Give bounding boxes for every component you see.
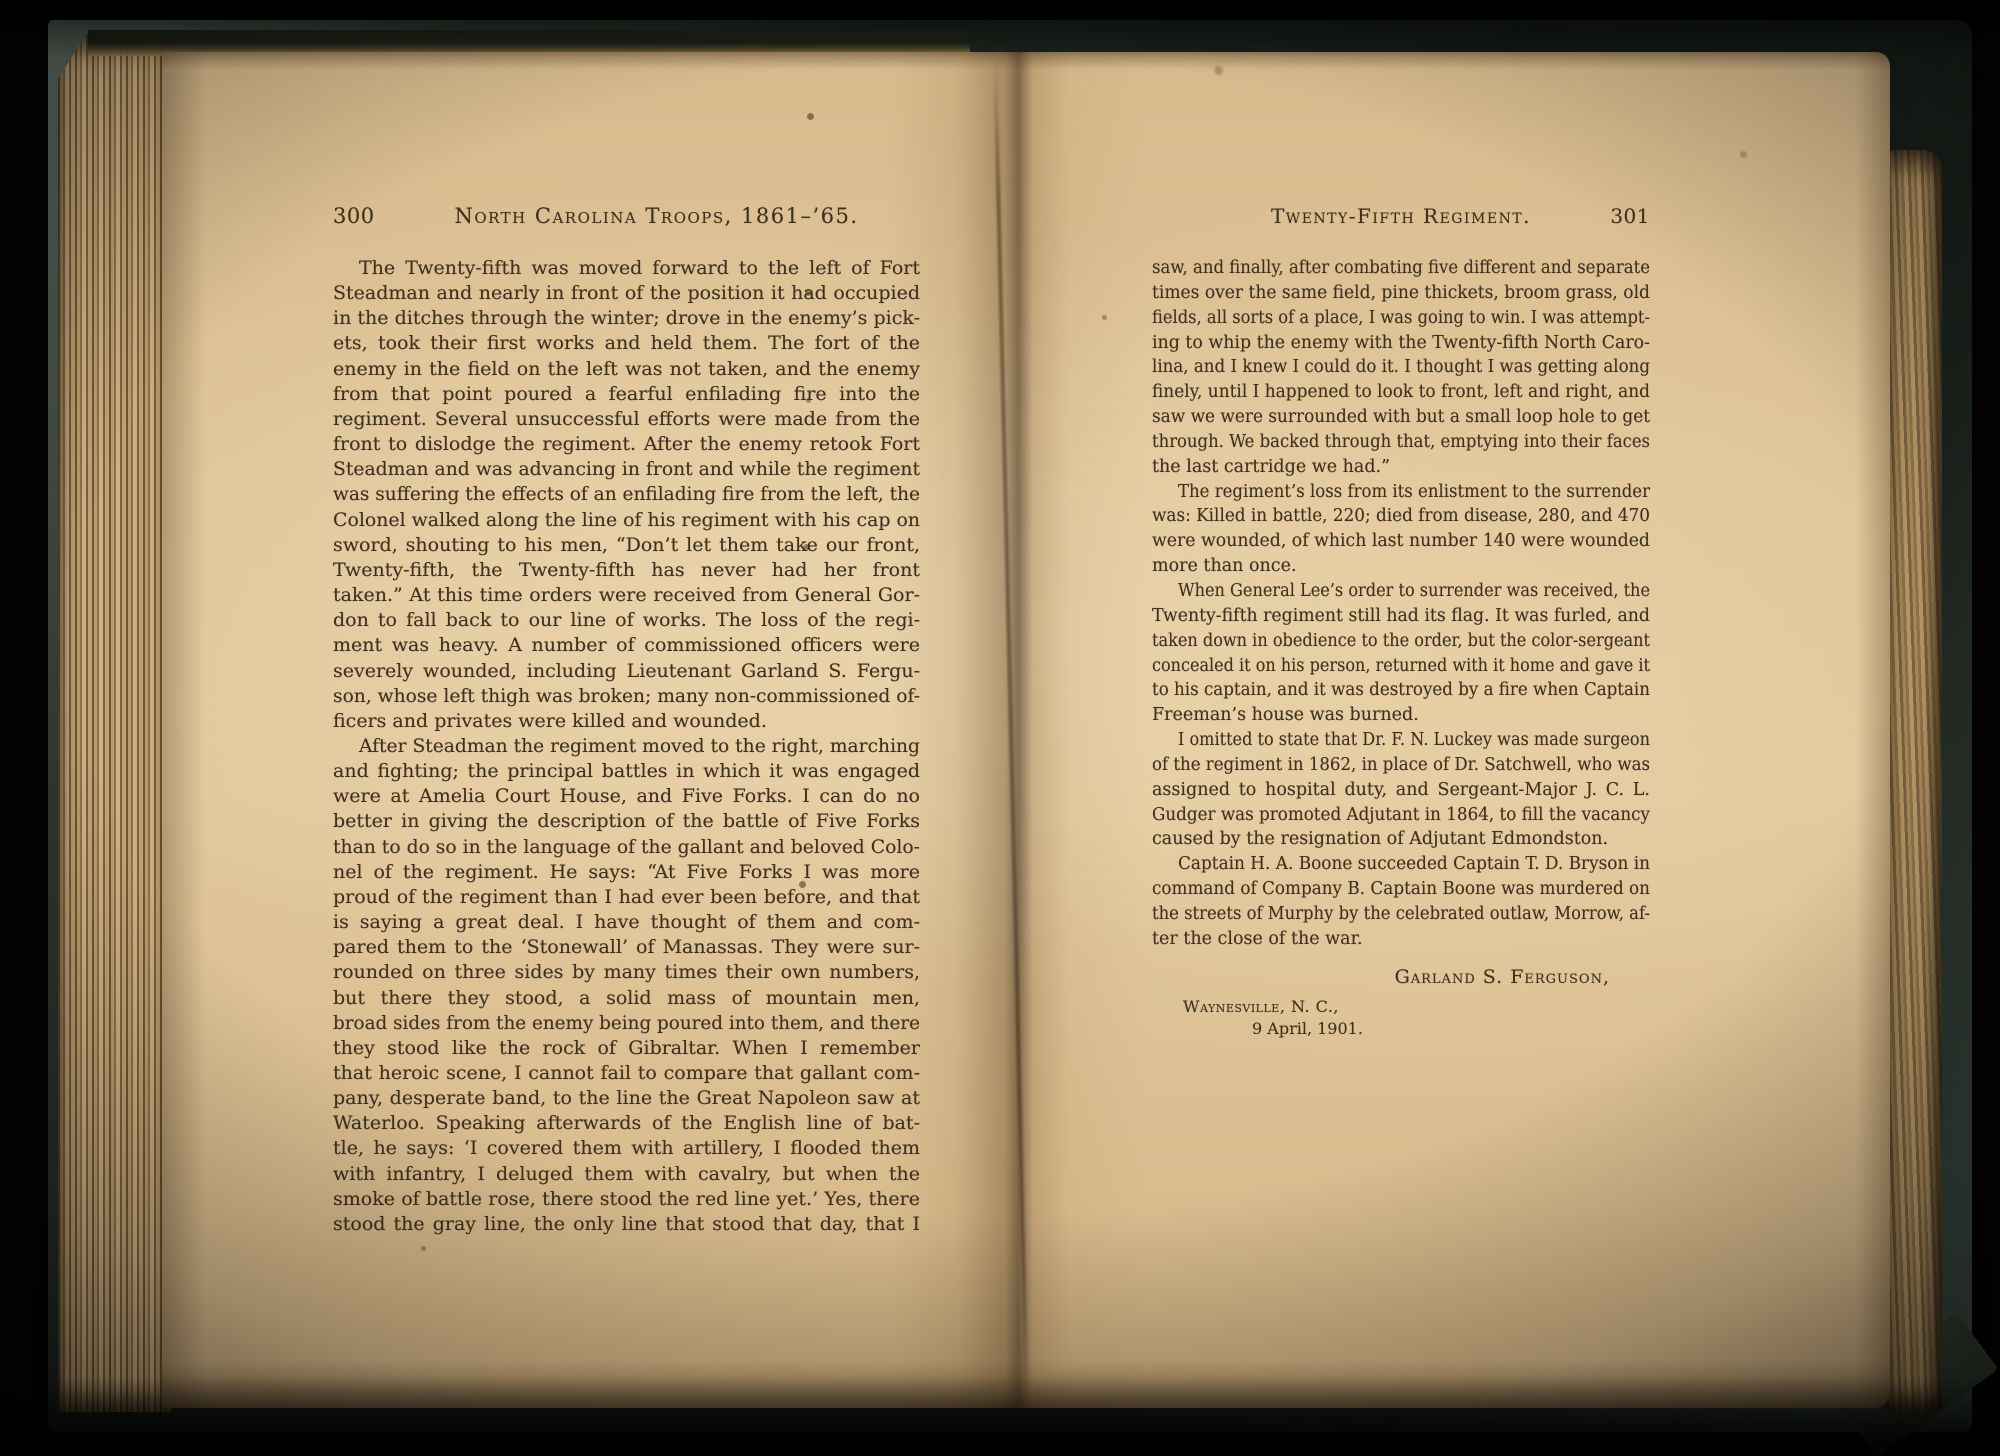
text-line: was suffering the effects of an enfiladi… [333, 482, 920, 507]
page-edges-left [58, 34, 172, 1412]
text-line: Captain H. A. Boone succeeded Captain T.… [1152, 852, 1650, 877]
text-line: broad sides from the enemy being poured … [333, 1011, 920, 1036]
text-line: to his captain, and it was destroyed by … [1152, 678, 1650, 703]
text-line: finely, until I happened to look to fron… [1152, 380, 1650, 405]
text-line: but there they stood, a solid mass of mo… [333, 986, 920, 1011]
text-line: severely wounded, including Lieutenant G… [333, 659, 920, 684]
text-line: the last cartridge we had.” [1152, 455, 1650, 480]
text-line: command of Company B. Captain Boone was … [1152, 877, 1650, 902]
text-line: sword, shouting to his men, “Don’t let t… [333, 533, 920, 558]
text-line: proud of the regiment than I had ever be… [333, 885, 920, 910]
text-line: The Twenty-fifth was moved forward to th… [333, 256, 920, 281]
left-page-body-text: The Twenty-fifth was moved forward to th… [333, 256, 920, 1237]
text-line: more than once. [1152, 554, 1650, 579]
text-line: concealed it on his person, returned wit… [1152, 654, 1650, 679]
text-line: tle, he says: ‘I covered them with artil… [333, 1136, 920, 1161]
text-line: taken down in obedience to the order, bu… [1152, 629, 1650, 654]
text-line: Twenty-fifth regiment still had its flag… [1152, 604, 1650, 629]
page-left: 300 North Carolina Troops, 1861–’65. The… [333, 204, 920, 1237]
text-line: regiment. Several unsuccessful efforts w… [333, 407, 920, 432]
left-running-header: 300 North Carolina Troops, 1861–’65. [333, 204, 920, 228]
text-line: smoke of battle rose, there stood the re… [333, 1187, 920, 1212]
text-line: in the ditches through the winter; drove… [333, 306, 920, 331]
text-line: ficers and privates were killed and woun… [333, 709, 920, 734]
left-page-number: 300 [333, 204, 393, 228]
right-page-body-text: saw, and finally, after combating five d… [1152, 256, 1650, 952]
text-line: of the regiment in 1862, in place of Dr.… [1152, 753, 1650, 778]
text-line: through. We backed through that, emptyin… [1152, 430, 1650, 455]
text-line: stood the gray line, the only line that … [333, 1212, 920, 1237]
text-line: When General Lee’s order to surrender wa… [1152, 579, 1650, 604]
text-line: times over the same field, pine thickets… [1152, 281, 1650, 306]
text-line: was: Killed in battle, 220; died from di… [1152, 504, 1650, 529]
text-line: they stood like the rock of Gibraltar. W… [333, 1036, 920, 1061]
text-line: son, whose left thigh was broken; many n… [333, 684, 920, 709]
text-line: lina, and I knew I could do it. I though… [1152, 355, 1650, 380]
text-line: were at Amelia Court House, and Five For… [333, 784, 920, 809]
text-line: saw, and finally, after combating five d… [1152, 256, 1650, 281]
text-line: caused by the resignation of Adjutant Ed… [1152, 827, 1650, 852]
text-line: Steadman and nearly in front of the posi… [333, 281, 920, 306]
text-line: Steadman and was advancing in front and … [333, 457, 920, 482]
text-line: fields, all sorts of a place, I was goin… [1152, 306, 1650, 331]
text-line: ets, took their first works and held the… [333, 331, 920, 356]
text-line: the streets of Murphy by the celebrated … [1152, 902, 1650, 927]
page-edges-right [1886, 150, 1942, 1412]
text-line: front to dislodge the regiment. After th… [333, 432, 920, 457]
signature-line: Garland S. Ferguson, [1152, 966, 1650, 988]
text-line: with infantry, I deluged them with caval… [333, 1162, 920, 1187]
text-line: don to fall back to our line of works. T… [333, 608, 920, 633]
text-line: nel of the regiment. He says: “At Five F… [333, 860, 920, 885]
text-line: from that point poured a fearful enfilad… [333, 382, 920, 407]
text-line: ment was heavy. A number of commissioned… [333, 633, 920, 658]
text-line: Twenty-fifth, the Twenty-fifth has never… [333, 558, 920, 583]
text-line: taken.” At this time orders were receive… [333, 583, 920, 608]
text-line: than to do so in the language of the gal… [333, 835, 920, 860]
text-line: ing to whip the enemy with the Twenty-fi… [1152, 331, 1650, 356]
text-line: Gudger was promoted Adjutant in 1864, to… [1152, 803, 1650, 828]
text-line: assigned to hospital duty, and Sergeant-… [1152, 778, 1650, 803]
text-line: were wounded, of which last number 140 w… [1152, 529, 1650, 554]
text-line: I omitted to state that Dr. F. N. Luckey… [1152, 728, 1650, 753]
text-line: is saying a great deal. I have thought o… [333, 910, 920, 935]
text-line: Freeman’s house was burned. [1152, 703, 1650, 728]
text-line: enemy in the field on the left was not t… [333, 357, 920, 382]
right-page-number: 301 [1610, 204, 1650, 228]
left-header-title: North Carolina Troops, 1861–’65. [393, 204, 920, 228]
text-line: pared them to the ‘Stonewall’ of Manassa… [333, 935, 920, 960]
text-line: Colonel walked along the line of his reg… [333, 508, 920, 533]
text-line: Waterloo. Speaking afterwards of the Eng… [333, 1111, 920, 1136]
right-running-header: Twenty-Fifth Regiment. 301 [1152, 204, 1650, 228]
text-line: saw we were surrounded with but a small … [1152, 405, 1650, 430]
text-line: The regiment’s loss from its enlistment … [1152, 480, 1650, 505]
place-line: Waynesville, N. C., [1152, 997, 1650, 1016]
text-line: that heroic scene, I cannot fail to comp… [333, 1061, 920, 1086]
photo-black-background: 300 North Carolina Troops, 1861–’65. The… [0, 0, 2000, 1456]
page-right: Twenty-Fifth Regiment. 301 saw, and fina… [1152, 204, 1650, 1038]
text-line: better in giving the description of the … [333, 809, 920, 834]
text-line: After Steadman the regiment moved to the… [333, 734, 920, 759]
text-line: pany, desperate band, to the line the Gr… [333, 1086, 920, 1111]
date-line: 9 April, 1901. [1152, 1019, 1650, 1038]
text-line: and fighting; the principal battles in w… [333, 759, 920, 784]
text-line: rounded on three sides by many times the… [333, 960, 920, 985]
right-header-title: Twenty-Fifth Regiment. [1152, 204, 1610, 228]
text-line: ter the close of the war. [1152, 927, 1650, 952]
